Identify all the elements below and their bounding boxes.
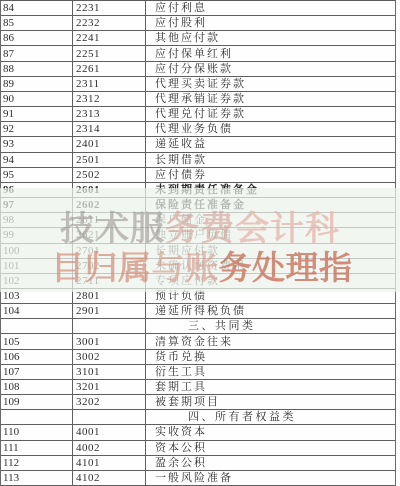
account-code-cell: 4002: [73, 441, 146, 455]
table-row: 972602保险责任准备金: [1, 198, 395, 213]
account-code-cell: 2231: [73, 1, 146, 15]
table-row: 982611保户储金: [1, 213, 395, 228]
account-code-cell: 2312: [73, 92, 146, 106]
section-header-row: 三、共同类: [1, 319, 395, 334]
table-row: 1134102一般风险准备: [1, 471, 395, 486]
account-code-cell: 2611: [73, 213, 146, 227]
row-number-cell: [1, 410, 73, 424]
account-name-cell: 未到期责任准备金: [146, 183, 395, 197]
account-code-cell: 4102: [73, 471, 146, 485]
table-row: 882261应付分保账款: [1, 62, 395, 77]
table-row: 872251应付保单红利: [1, 46, 395, 61]
account-code-cell: [73, 319, 146, 333]
row-number-cell: 87: [1, 46, 73, 60]
row-number-cell: 93: [1, 137, 73, 151]
account-name-cell: 货币兑换: [146, 350, 395, 364]
table-row: 932401递延收益: [1, 137, 395, 152]
table-row: 1093202被套期项目: [1, 395, 395, 410]
table-row: 1063002货币兑换: [1, 350, 395, 365]
account-code-cell: 3101: [73, 365, 146, 379]
account-code-cell: 2311: [73, 77, 146, 91]
account-name-cell: 代理业务负债: [146, 122, 395, 136]
account-name-cell: 一般风险准备: [146, 471, 395, 485]
account-name-cell: 预计负债: [146, 289, 395, 303]
table-row: 922314代理业务负债: [1, 122, 395, 137]
account-code-cell: 2502: [73, 168, 146, 182]
account-name-cell: 应付股利: [146, 16, 395, 30]
account-name-cell: 盈余公积: [146, 456, 395, 470]
account-name-cell: 应付利息: [146, 1, 395, 15]
row-number-cell: 105: [1, 334, 73, 348]
table-row: 1012702未确认融资费用: [1, 259, 395, 274]
table-row: 1073101衍生工具: [1, 365, 395, 380]
account-name-cell: 专项应付款: [146, 274, 395, 288]
account-code-cell: 2602: [73, 198, 146, 212]
account-code-cell: 2313: [73, 107, 146, 121]
account-name-cell: 衍生工具: [146, 365, 395, 379]
table-row: 1124101盈余公积: [1, 456, 395, 471]
accounts-table: 842231应付利息852232应付股利862241其他应付款872251应付保…: [0, 0, 396, 486]
table-row: 952502应付债券: [1, 168, 395, 183]
account-name-cell: 实收资本: [146, 425, 395, 439]
table-row: 942501长期借款: [1, 153, 395, 168]
table-row: 862241其他应付款: [1, 31, 395, 46]
row-number-cell: [1, 319, 73, 333]
account-name-cell: 长期借款: [146, 153, 395, 167]
row-number-cell: 111: [1, 441, 73, 455]
row-number-cell: 98: [1, 213, 73, 227]
row-number-cell: 99: [1, 228, 73, 242]
row-number-cell: 96: [1, 183, 73, 197]
row-number-cell: 100: [1, 244, 73, 258]
table-row: 1104001实收资本: [1, 425, 395, 440]
account-code-cell: 4001: [73, 425, 146, 439]
account-code-cell: 2601: [73, 183, 146, 197]
account-name-cell: 资本公积: [146, 441, 395, 455]
account-code-cell: 3202: [73, 395, 146, 409]
account-name-cell: 应付保单红利: [146, 46, 395, 60]
row-number-cell: 102: [1, 274, 73, 288]
account-code-cell: 2701: [73, 244, 146, 258]
account-name-cell: 被套期项目: [146, 395, 395, 409]
table-row: 1022711专项应付款: [1, 274, 395, 289]
section-header-row: 四、所有者权益类: [1, 410, 395, 425]
row-number-cell: 86: [1, 31, 73, 45]
account-name-cell: 保险责任准备金: [146, 198, 395, 212]
account-code-cell: 2801: [73, 289, 146, 303]
screenshot-root: 842231应付利息852232应付股利862241其他应付款872251应付保…: [0, 0, 400, 486]
row-number-cell: 95: [1, 168, 73, 182]
row-number-cell: 113: [1, 471, 73, 485]
account-code-cell: 2901: [73, 304, 146, 318]
table-row: 842231应付利息: [1, 1, 395, 16]
account-name-cell: 递延所得税负债: [146, 304, 395, 318]
table-row: 902312代理承销证券款: [1, 92, 395, 107]
account-code-cell: 2621: [73, 228, 146, 242]
table-row: 1053001清算资金往来: [1, 334, 395, 349]
table-row: 1002701长期应付款: [1, 244, 395, 259]
section-title-cell: 三、共同类: [146, 319, 395, 333]
account-code-cell: 2232: [73, 16, 146, 30]
table-row: 1083201套期工具: [1, 380, 395, 395]
table-row: 852232应付股利: [1, 16, 395, 31]
account-name-cell: 代理买卖证券款: [146, 77, 395, 91]
row-number-cell: 103: [1, 289, 73, 303]
account-code-cell: 2711: [73, 274, 146, 288]
account-code-cell: 4101: [73, 456, 146, 470]
row-number-cell: 101: [1, 259, 73, 273]
account-name-cell: 代理承销证券款: [146, 92, 395, 106]
row-number-cell: 89: [1, 77, 73, 91]
row-number-cell: 90: [1, 92, 73, 106]
row-number-cell: 110: [1, 425, 73, 439]
row-number-cell: 94: [1, 153, 73, 167]
account-code-cell: 2702: [73, 259, 146, 273]
account-name-cell: 递延收益: [146, 137, 395, 151]
table-row: 912313代理兑付证券款: [1, 107, 395, 122]
table-row: 1032801预计负债: [1, 289, 395, 304]
account-code-cell: 2251: [73, 46, 146, 60]
account-code-cell: 3001: [73, 334, 146, 348]
row-number-cell: 107: [1, 365, 73, 379]
row-number-cell: 88: [1, 62, 73, 76]
account-name-cell: 独立账户负债: [146, 228, 395, 242]
row-number-cell: 106: [1, 350, 73, 364]
account-name-cell: 清算资金往来: [146, 334, 395, 348]
account-code-cell: 3002: [73, 350, 146, 364]
account-name-cell: 代理兑付证券款: [146, 107, 395, 121]
table-row: 962601未到期责任准备金: [1, 183, 395, 198]
table-row: 1042901递延所得税负债: [1, 304, 395, 319]
account-name-cell: 应付分保账款: [146, 62, 395, 76]
row-number-cell: 91: [1, 107, 73, 121]
account-name-cell: 未确认融资费用: [146, 259, 395, 273]
account-code-cell: 2314: [73, 122, 146, 136]
row-number-cell: 85: [1, 16, 73, 30]
account-name-cell: 套期工具: [146, 380, 395, 394]
row-number-cell: 109: [1, 395, 73, 409]
row-number-cell: 112: [1, 456, 73, 470]
section-title-cell: 四、所有者权益类: [146, 410, 395, 424]
account-code-cell: 2401: [73, 137, 146, 151]
account-code-cell: [73, 410, 146, 424]
account-code-cell: 2241: [73, 31, 146, 45]
account-code-cell: 2261: [73, 62, 146, 76]
account-code-cell: 2501: [73, 153, 146, 167]
row-number-cell: 84: [1, 1, 73, 15]
account-name-cell: 保户储金: [146, 213, 395, 227]
account-code-cell: 3201: [73, 380, 146, 394]
account-name-cell: 应付债券: [146, 168, 395, 182]
table-row: 992621独立账户负债: [1, 228, 395, 243]
account-name-cell: 长期应付款: [146, 244, 395, 258]
row-number-cell: 92: [1, 122, 73, 136]
row-number-cell: 97: [1, 198, 73, 212]
table-row: 1114002资本公积: [1, 441, 395, 456]
account-name-cell: 其他应付款: [146, 31, 395, 45]
row-number-cell: 108: [1, 380, 73, 394]
row-number-cell: 104: [1, 304, 73, 318]
table-row: 892311代理买卖证券款: [1, 77, 395, 92]
